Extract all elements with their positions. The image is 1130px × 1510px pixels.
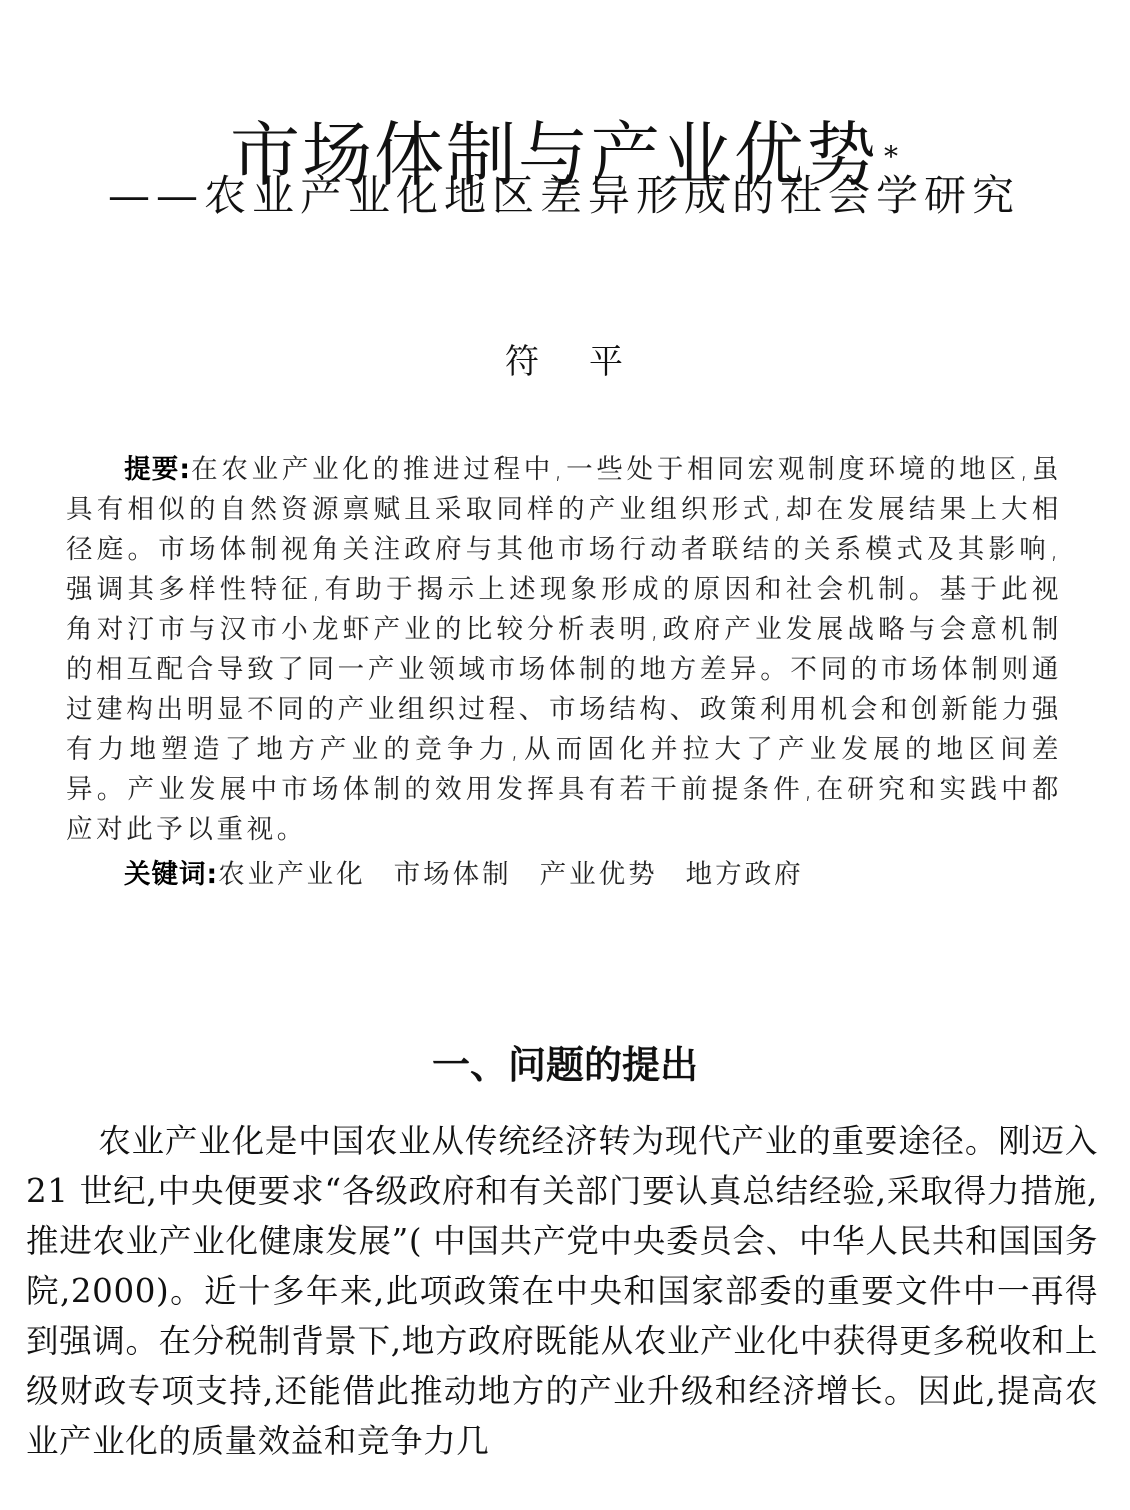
keyword-item: 农业产业化 [218, 859, 366, 890]
keywords: 关键词:农业产业化市场体制产业优势地方政府 [124, 855, 832, 895]
abstract-label: 提要: [124, 454, 191, 485]
abstract-text: 在农业产业化的推进过程中,一些处于相同宏观制度环境的地区,虽具有相似的自然资源禀… [66, 454, 1062, 845]
author-surname: 符 [505, 342, 541, 382]
section-heading: 一、问题的提出 [0, 1040, 1130, 1090]
body-paragraph: 农业产业化是中国农业从传统经济转为现代产业的重要途径。刚迈入 21 世纪,中央便… [26, 1116, 1098, 1466]
body-paragraph-text: 农业产业化是中国农业从传统经济转为现代产业的重要途径。刚迈入 21 世纪,中央便… [26, 1122, 1098, 1460]
author-name: 符平 [0, 340, 1130, 384]
author-given-name: 平 [589, 342, 625, 382]
keyword-item: 地方政府 [686, 859, 804, 890]
keyword-item: 市场体制 [394, 859, 512, 890]
keyword-item: 产业优势 [540, 859, 658, 890]
paper-subtitle: ——农业产业化地区差异形成的社会学研究 [108, 168, 1028, 224]
abstract: 提要:在农业产业化的推进过程中,一些处于相同宏观制度环境的地区,虽具有相似的自然… [66, 450, 1062, 850]
keywords-label: 关键词: [124, 859, 218, 890]
